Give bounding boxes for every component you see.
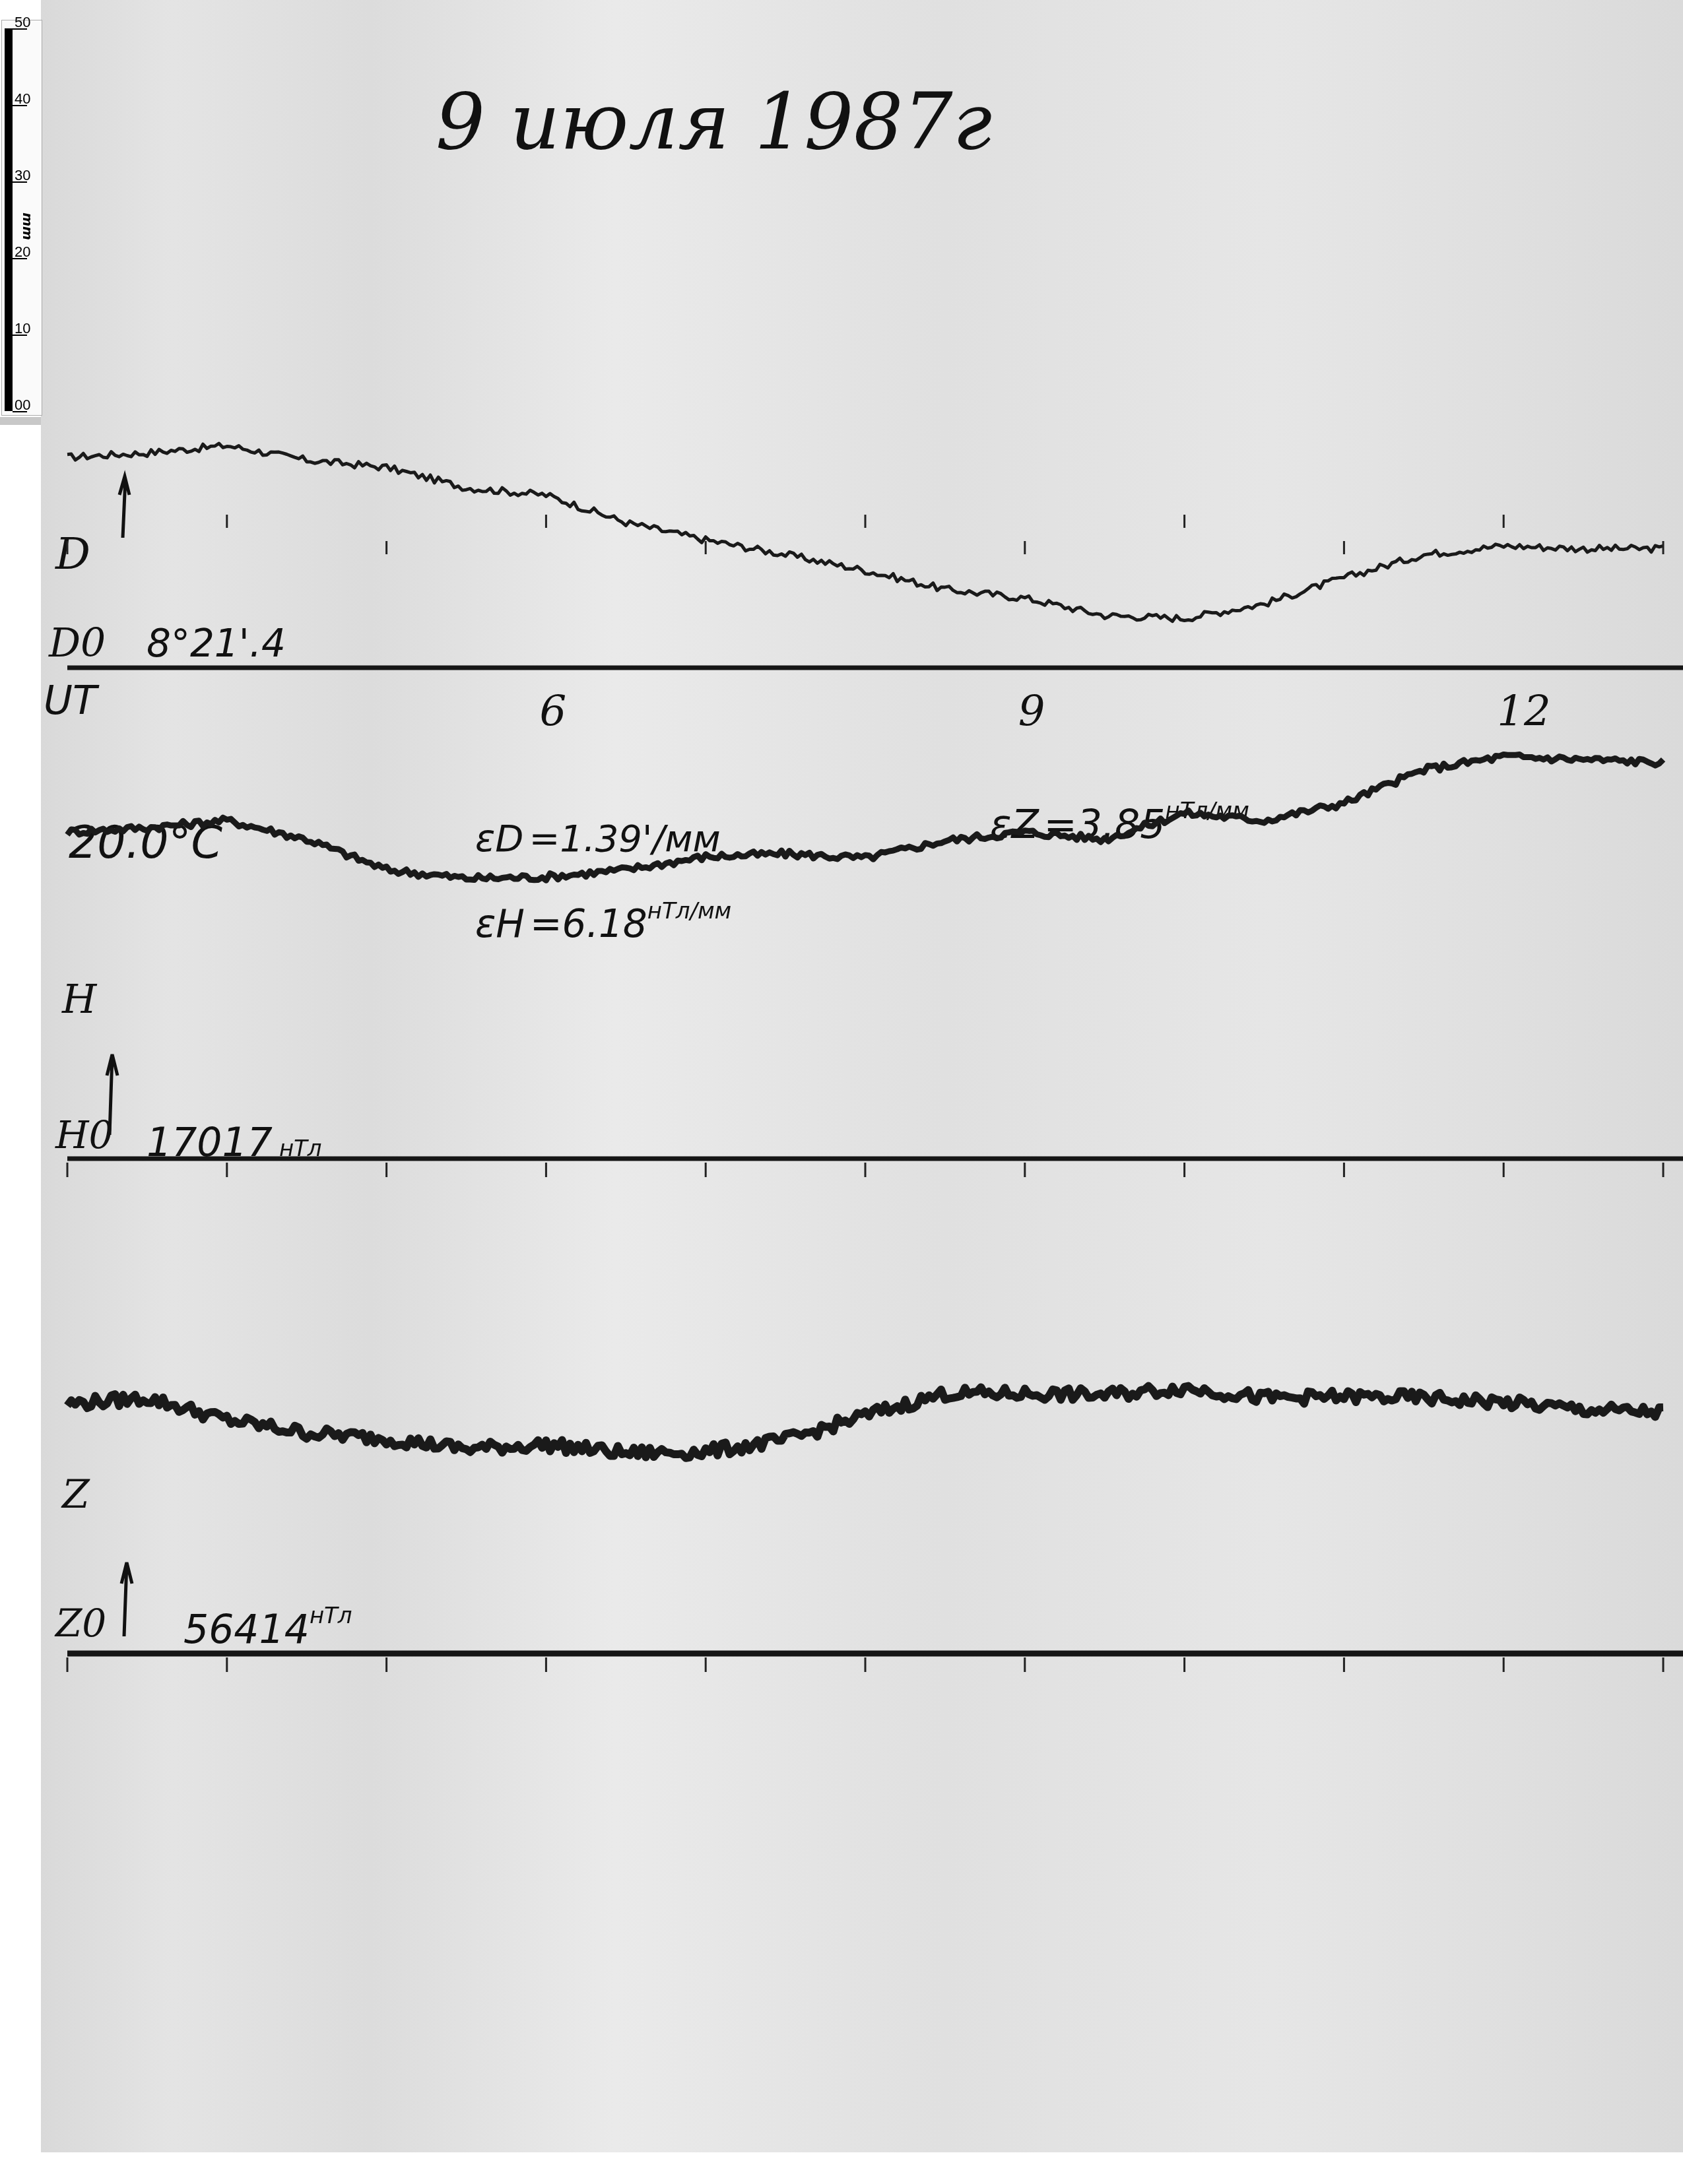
d-base-label: D0 (48, 620, 106, 666)
h-trace-label: H (61, 977, 98, 1023)
hour-tick-label: 6 (539, 688, 566, 736)
z-base-value: 56414нТл (183, 1603, 352, 1653)
hour-tick-label: 12 (1497, 688, 1550, 736)
eps-z-label: εZ=3.85нТл/мм (990, 798, 1249, 848)
d-arrow-icon (119, 476, 129, 538)
trace-h (67, 755, 1663, 881)
eps-h-label: εH=6.18нТл/мм (475, 898, 731, 946)
d-trace-label: D (55, 529, 90, 579)
ut-label: UT (44, 678, 100, 724)
z-arrow-icon (121, 1562, 132, 1636)
h-base-label: H0 (55, 1112, 113, 1157)
magnetogram-chart: 9 июля 1987г D D0 8°21'.4 UT 6912 20.0°C… (0, 0, 1683, 2184)
document-title: 9 июля 1987г (436, 76, 992, 167)
z-trace-label: Z (61, 1471, 90, 1518)
eps-d-label: εD=1.39'/мм (475, 818, 721, 860)
hour-tick-label: 9 (1018, 688, 1045, 736)
trace-z (67, 1386, 1663, 1458)
d-base-value: 8°21'.4 (147, 621, 286, 666)
z-base-label: Z0 (54, 1601, 106, 1646)
trace-d (67, 443, 1663, 622)
